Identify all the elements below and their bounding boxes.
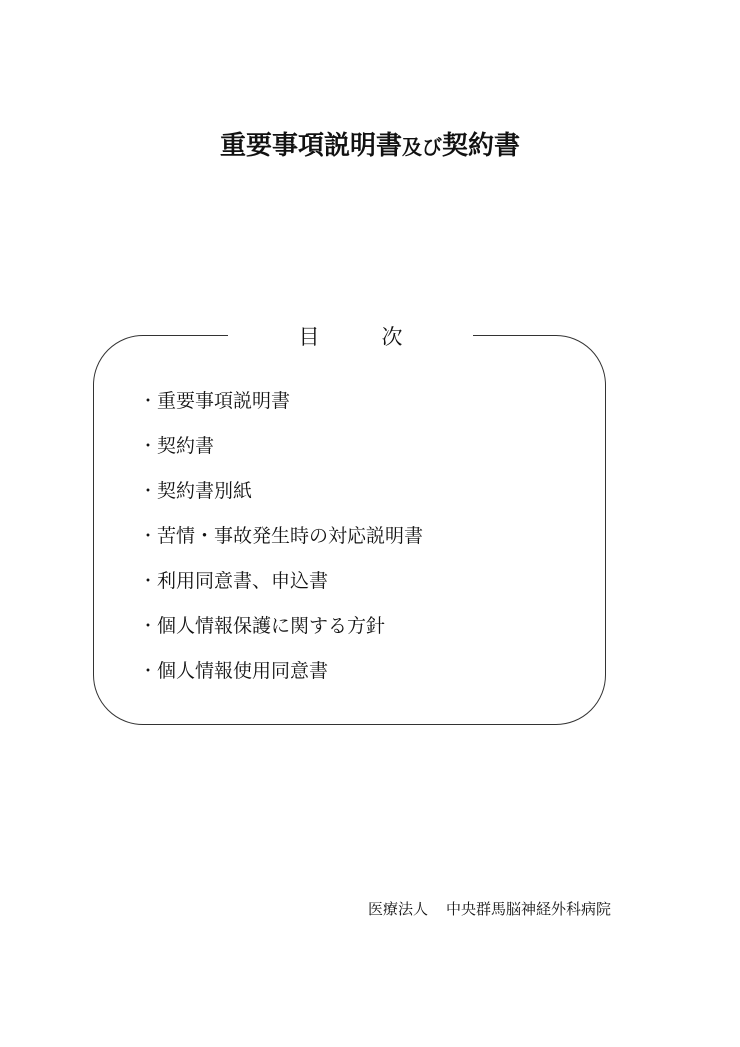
toc-item: ・ 契約書 bbox=[140, 423, 423, 468]
toc-heading: 目 次 bbox=[228, 322, 473, 352]
bullet-icon: ・ bbox=[140, 476, 157, 506]
document-title-conjunction: 及び bbox=[402, 135, 442, 159]
toc-item: ・ 個人情報保護に関する方針 bbox=[140, 603, 423, 648]
document-title-end: 契約書 bbox=[442, 131, 520, 161]
toc-item-label: 苦情・事故発生時の対応説明書 bbox=[157, 521, 423, 551]
toc-item: ・ 個人情報使用同意書 bbox=[140, 648, 423, 693]
toc-item-label: 契約書 bbox=[157, 431, 214, 461]
toc-item: ・ 契約書別紙 bbox=[140, 468, 423, 513]
toc-item: ・ 苦情・事故発生時の対応説明書 bbox=[140, 513, 423, 558]
bullet-icon: ・ bbox=[140, 386, 157, 416]
document-title-main: 重要事項説明書 bbox=[220, 131, 402, 161]
organization-name: 中央群馬脳神経外科病院 bbox=[446, 900, 611, 918]
toc-heading-char-1: 目 bbox=[299, 322, 320, 352]
toc-item-label: 個人情報使用同意書 bbox=[157, 656, 328, 686]
toc-item-label: 個人情報保護に関する方針 bbox=[157, 611, 385, 641]
toc-item-label: 利用同意書、申込書 bbox=[157, 566, 328, 596]
document-title: 重要事項説明書及び契約書 bbox=[0, 128, 740, 165]
table-of-contents-list: ・ 重要事項説明書 ・ 契約書 ・ 契約書別紙 ・ 苦情・事故発生時の対応説明書… bbox=[140, 378, 423, 693]
issuer-footer: 医療法人中央群馬脳神経外科病院 bbox=[368, 898, 611, 920]
bullet-icon: ・ bbox=[140, 611, 157, 641]
toc-item: ・ 利用同意書、申込書 bbox=[140, 558, 423, 603]
toc-heading-char-2: 次 bbox=[382, 322, 403, 352]
bullet-icon: ・ bbox=[140, 656, 157, 686]
toc-item-label: 契約書別紙 bbox=[157, 476, 252, 506]
toc-item: ・ 重要事項説明書 bbox=[140, 378, 423, 423]
bullet-icon: ・ bbox=[140, 566, 157, 596]
bullet-icon: ・ bbox=[140, 431, 157, 461]
corporation-type: 医療法人 bbox=[368, 900, 428, 918]
toc-item-label: 重要事項説明書 bbox=[157, 386, 290, 416]
bullet-icon: ・ bbox=[140, 521, 157, 551]
